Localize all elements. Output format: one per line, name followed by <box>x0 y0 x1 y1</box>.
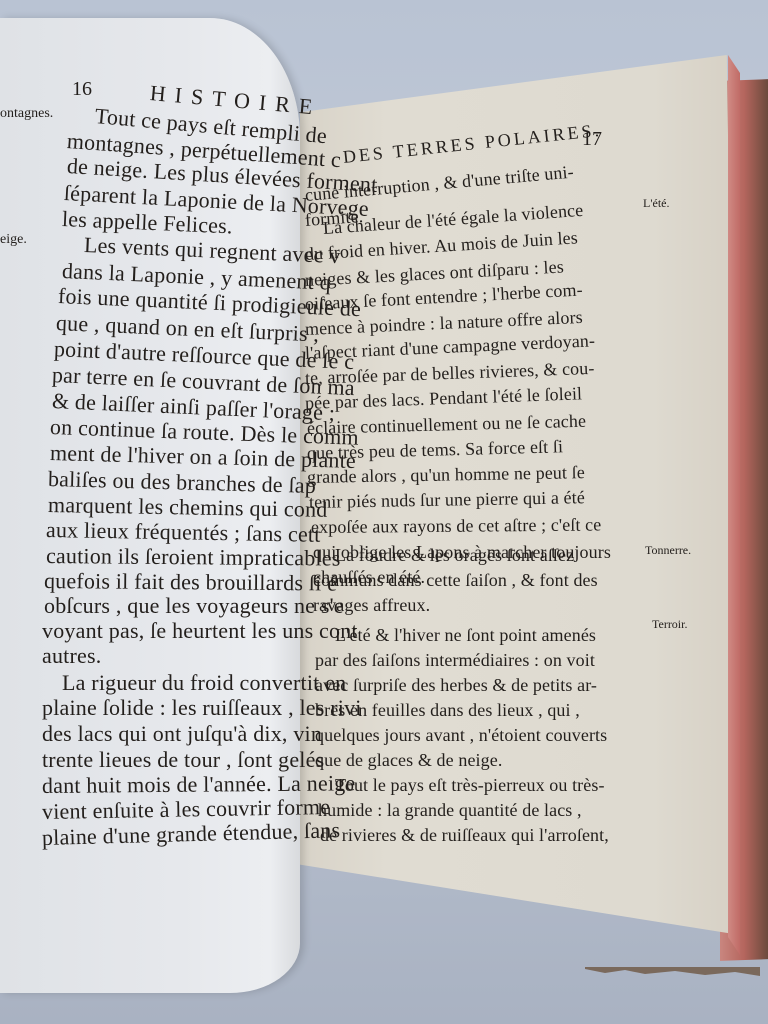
margin-note: L'été. <box>643 196 669 211</box>
margin-note: Terroir. <box>652 617 687 632</box>
text-line: plaine ſolide : les ruiſſeaux , les rivi <box>42 695 362 721</box>
text-line: humide : la grande quantité de lacs , <box>318 800 582 821</box>
page-number-left: 16 <box>72 78 92 101</box>
text-line: caution ils ſeroient impraticables <box>46 543 341 572</box>
text-line: trente lieues de tour , ſont gelés <box>42 747 324 773</box>
margin-note: ontagnes. <box>0 106 53 122</box>
text-line: par des ſaiſons intermédiaires : on voit <box>315 650 595 671</box>
text-line: avec ſurpriſe des herbes & de petits ar- <box>315 675 597 696</box>
text-line: communs dans cette ſaiſon , & font des <box>313 570 598 591</box>
text-line: des lacs qui ont juſqu'à dix, vin <box>42 721 322 747</box>
text-line: obſcurs , que les voyageurs ne s'e <box>44 593 344 619</box>
page-edge-red <box>728 55 740 955</box>
text-line: bres en feuilles dans des lieux , qui , <box>315 700 580 721</box>
text-line: L'été & l'hiver ne ſont point amenés <box>335 625 596 646</box>
worn-corner <box>585 960 760 980</box>
text-line: ravages affreux. <box>313 595 430 616</box>
page-number-right: 17 <box>582 128 602 151</box>
margin-note: eige. <box>0 232 27 248</box>
text-line: autres. <box>42 643 101 669</box>
text-line: quelques jours avant , n'étoient couvert… <box>315 725 607 746</box>
text-line: que de glaces & de neige. <box>315 750 502 771</box>
margin-note: Tonnerre. <box>645 543 691 558</box>
text-line: La rigueur du froid convertit en <box>62 670 346 696</box>
text-line: La foudre & les orages ſont aſſez <box>335 545 574 566</box>
text-line: de rivieres & de ruiſſeaux qui l'arroſen… <box>320 825 609 846</box>
text-line: voyant pas, ſe heurtent les uns cont <box>42 618 358 644</box>
text-line: Tout le pays eſt très-pierreux ou très- <box>335 775 605 796</box>
text-line: expoſée aux rayons de cet aſtre ; c'eſt … <box>311 514 601 538</box>
